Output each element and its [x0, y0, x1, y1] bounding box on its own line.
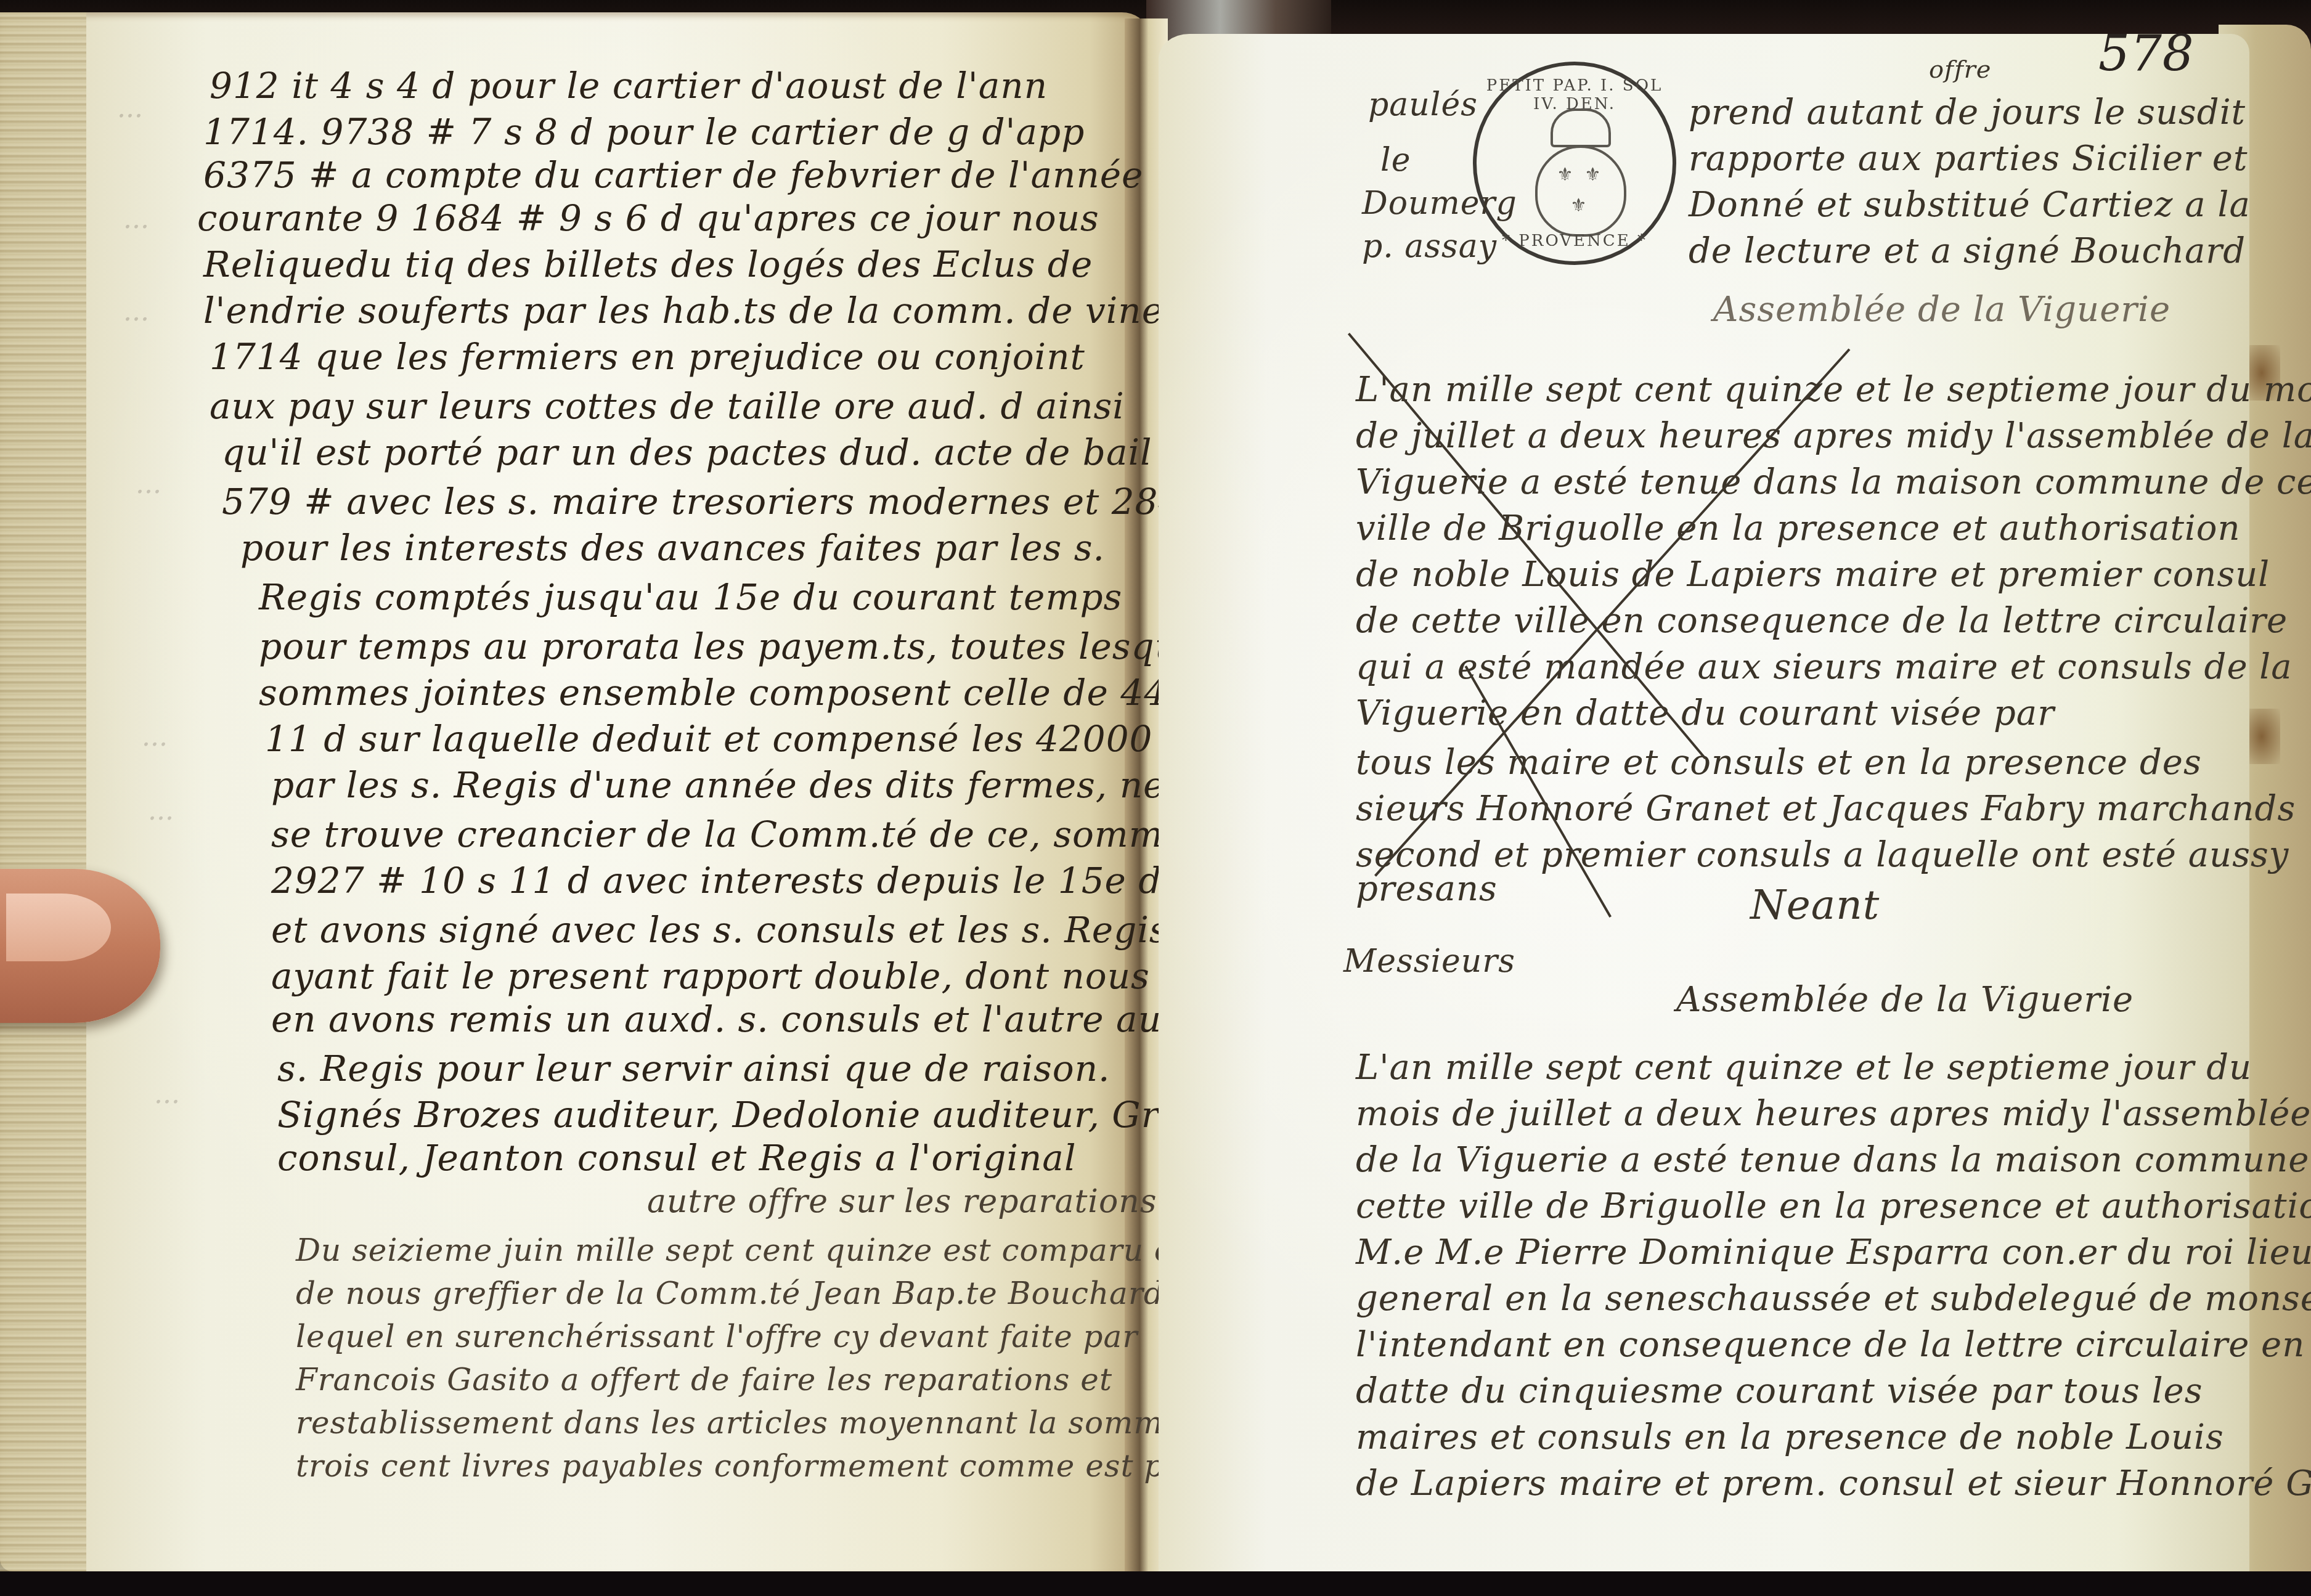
tax-stamp: PETIT PAP. I. SOL IV. DEN. ⚜ ⚜ ⚜ * PROVE… [1473, 62, 1676, 265]
stamp-legend-top: PETIT PAP. I. SOL IV. DEN. [1477, 76, 1673, 113]
left-paragraph-line: trois cent livres payables conformement … [296, 1448, 1231, 1484]
margin-mark: ... [117, 92, 143, 124]
left-line: pour les interests des avances faites pa… [240, 527, 1105, 569]
right-paragraph2-line: datte du cinquiesme courant visée par to… [1356, 1371, 2203, 1411]
right-paragraph-line: de noble Louis de Lapiers maire et premi… [1356, 555, 2270, 595]
left-paragraph-line: de nous greffier de la Comm.té Jean Bap.… [296, 1276, 1296, 1311]
right-paragraph-line: L'an mille sept cent quinze et le septie… [1356, 370, 2311, 410]
fleur-de-lis-shield-icon [1535, 145, 1626, 237]
right-paragraph-line: ville de Briguolle en la presence et aut… [1356, 508, 2241, 548]
left-line: 1714. 9738 # 7 s 8 d pour le cartier de … [203, 111, 1085, 153]
right-paragraph2-line: cette ville de Briguolle en la presence … [1356, 1186, 2311, 1226]
left-line: 1714 que les fermiers en prejudice ou co… [210, 336, 1085, 378]
right-paragraph-line: sieurs Honnoré Granet et Jacques Fabry m… [1356, 789, 2296, 829]
section-heading-2: Assemblée de la Viguerie [1676, 980, 2134, 1020]
left-paragraph-line: lequel en surenchérissant l'offre cy dev… [296, 1319, 1138, 1354]
left-line: se trouve creancier de la Comm.té de ce,… [271, 813, 1242, 855]
left-paragraph-line: Francois Gasito a offert de faire les re… [296, 1362, 1112, 1398]
thumbnail [6, 894, 111, 961]
margin-note-messieurs: Messieurs [1343, 943, 1515, 980]
left-line: ayant fait le present rapport double, do… [271, 955, 1150, 997]
left-line: Reliquedu tiq des billets des logés des … [203, 243, 1093, 285]
left-line: 6375 # a compte du cartier de febvrier d… [203, 154, 1143, 196]
margin-mark: ... [142, 721, 168, 752]
thumb-holding-page [0, 869, 160, 1023]
margin-note-line: p. assay [1362, 228, 1497, 265]
margin-note-line: paulés [1368, 86, 1478, 123]
left-line: pour temps au prorata les payem.ts, tout… [259, 625, 1265, 667]
left-line: Signés Brozes auditeur, Dedolonie audite… [277, 1094, 1241, 1136]
dark-background-bottom [0, 1571, 2311, 1596]
left-line: par les s. Regis d'une année des dits fe… [271, 764, 1252, 806]
left-section-heading: autre offre sur les reparations [647, 1183, 1157, 1220]
right-paragraph2-line: l'intendant en consequence de la lettre … [1356, 1325, 2305, 1365]
left-line: 912 it 4 s 4 d pour le cartier d'aoust d… [210, 65, 1048, 107]
right-paragraph-line: de cette ville en consequence de la lett… [1356, 601, 2288, 641]
left-line: 11 d sur laquelle deduit et compensé les… [265, 718, 1273, 760]
right-paragraph2-line: M.e M.e Pierre Dominique Esparra con.er … [1356, 1232, 2311, 1272]
right-paragraph2-line: L'an mille sept cent quinze et le septie… [1356, 1048, 2252, 1088]
right-paragraph2-line: de la Viguerie a esté tenue dans la mais… [1356, 1140, 2311, 1180]
margin-mark: ... [148, 795, 174, 826]
page-number: 578 [2098, 25, 2195, 82]
margin-note-line: le [1380, 142, 1411, 179]
left-line: consul, Jeanton consul et Regis a l'orig… [277, 1137, 1077, 1179]
stamp-legend-bottom: * PROVENCE * [1477, 232, 1673, 250]
right-paragraph2-line: general en la seneschaussée et subdelegu… [1356, 1279, 2311, 1319]
left-line: en avons remis un auxd. s. consuls et l'… [271, 998, 1183, 1040]
top-annotation: offre [1929, 55, 1991, 84]
fleur-de-lis-icon: ⚜ [1584, 164, 1601, 185]
neant-annotation: Neant [1750, 881, 1880, 929]
fleur-de-lis-icon: ⚜ [1570, 195, 1587, 216]
page-edges-stack [0, 12, 86, 1571]
margin-mark: ... [123, 296, 149, 327]
left-line: et avons signé avec les s. consuls et le… [271, 909, 1168, 951]
margin-note-line: Doumerg [1362, 185, 1517, 222]
right-paragraph-line: de juillet a deux heures apres midy l'as… [1356, 416, 2311, 456]
right-paragraph2-line: maires et consuls en la presence de nobl… [1356, 1417, 2224, 1457]
left-line: l'endrie souferts par les hab.ts de la c… [203, 290, 1181, 332]
left-line: s. Regis pour leur servir ainsi que de r… [277, 1048, 1110, 1089]
section-heading-1: Assemblée de la Viguerie [1713, 290, 2170, 330]
right-paragraph2-line: mois de juillet a deux heures apres midy… [1356, 1094, 2311, 1134]
left-line: Regis comptés jusqu'au 15e du courant te… [259, 576, 1122, 618]
right-paragraph-line: tous les maire et consuls et en la prese… [1356, 743, 2202, 783]
right-top-line: Donné et substitué Cartiez a la [1689, 185, 2251, 225]
margin-mark: ... [123, 203, 149, 235]
right-paragraph-line: Viguerie a esté tenue dans la maison com… [1356, 462, 2311, 502]
right-paragraph-line: Viguerie en datte du courant visée par [1356, 693, 2055, 733]
right-top-line: de lecture et a signé Bouchard [1689, 231, 2246, 271]
right-paragraph2-line: de Lapiers maire et prem. consul et sieu… [1356, 1464, 2311, 1504]
right-top-line: prend autant de jours le susdit [1689, 92, 2246, 132]
left-line: courante 9 1684 # 9 s 6 d qu'apres ce jo… [197, 197, 1099, 239]
fleur-de-lis-icon: ⚜ [1557, 164, 1573, 185]
left-line: aux pay sur leurs cottes de taille ore a… [210, 385, 1125, 427]
right-paragraph-line: qui a esté mandée aux sieurs maire et co… [1356, 647, 2293, 687]
left-paragraph-line: restablissement dans les articles moyenn… [296, 1405, 1232, 1441]
right-top-line: rapporte aux parties Sicilier et [1689, 139, 2248, 179]
crown-icon [1551, 108, 1611, 147]
margin-mark: ... [136, 468, 161, 500]
left-line: qu'il est porté par un des pactes dud. a… [222, 431, 1152, 473]
margin-mark: ... [154, 1078, 180, 1110]
